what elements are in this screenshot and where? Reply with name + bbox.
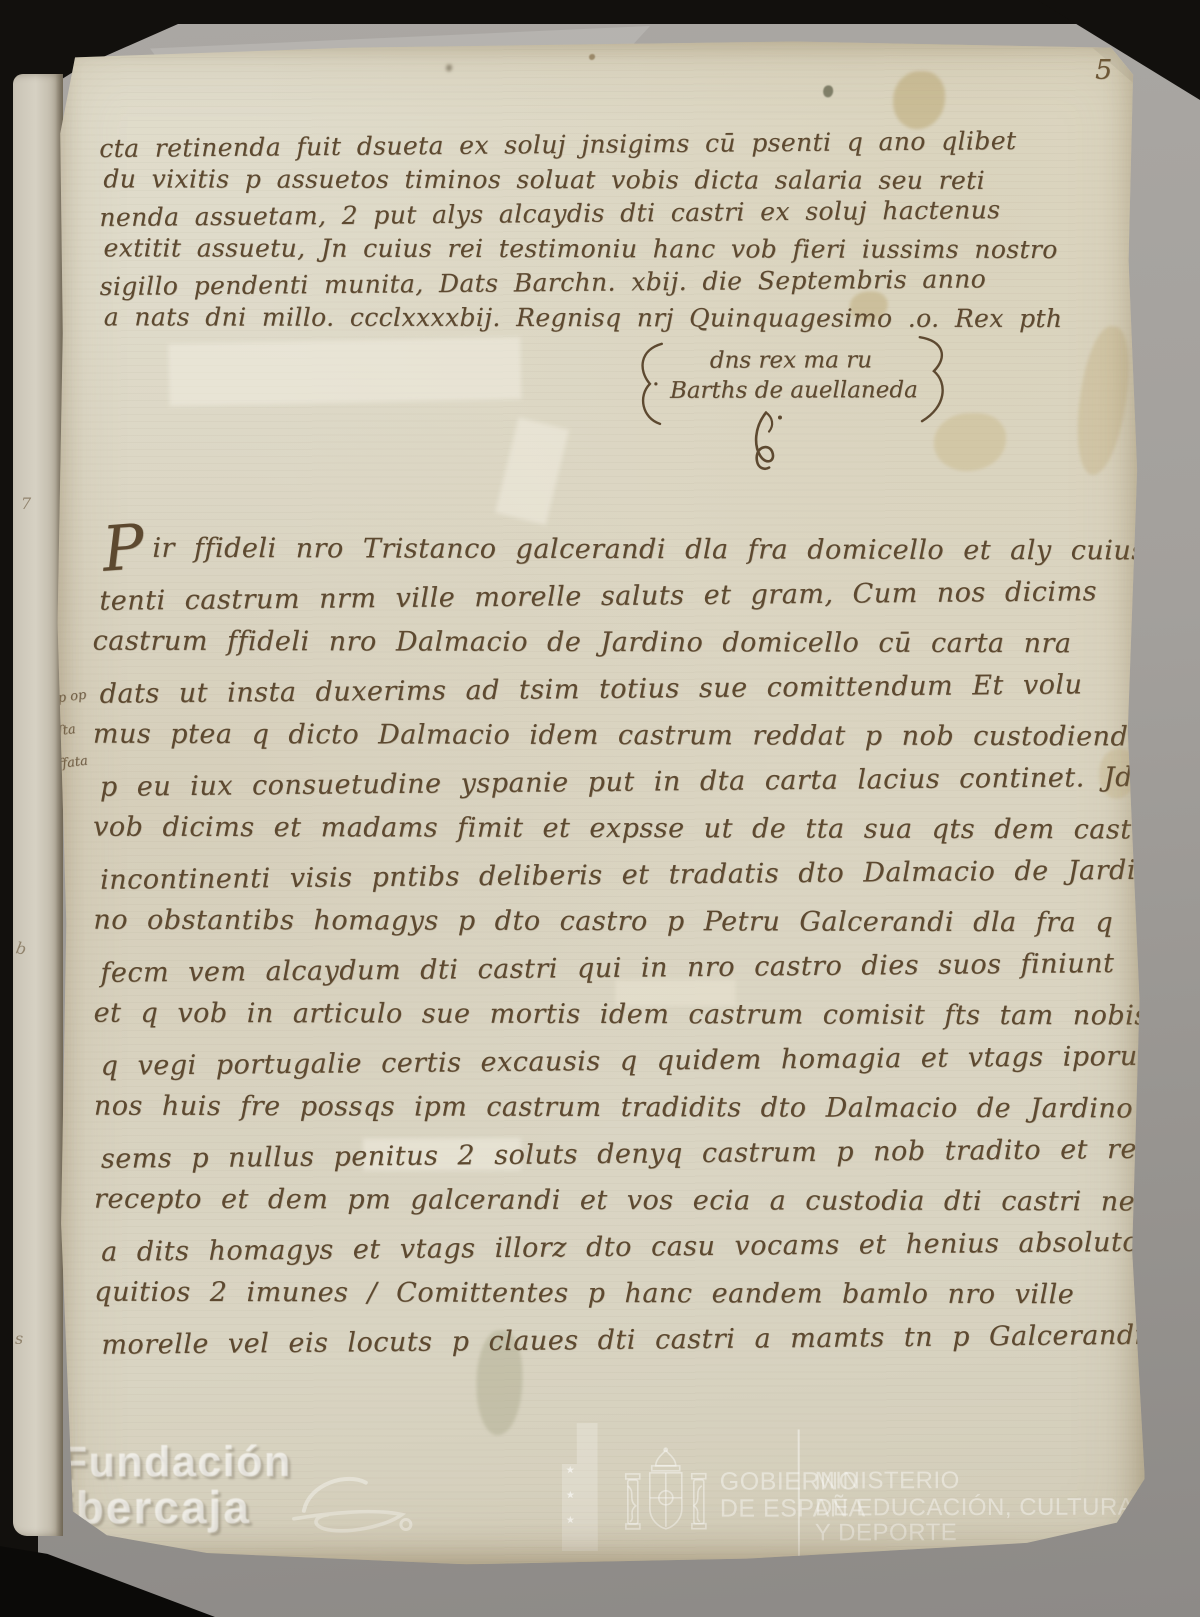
notarial-paraph-icon: [742, 410, 786, 474]
manuscript-line: dats ut insta duxerims ad tsim totius su…: [100, 669, 1103, 725]
edge-ink-mark: s: [15, 1329, 23, 1348]
manuscript-line: ir ffideli nro Tristanco galcerandi dla …: [92, 533, 1102, 582]
manuscript-line: sigillo pendenti munita, Dats Barchn. xb…: [100, 264, 1000, 306]
spanish-coat-of-arms-icon: [622, 1446, 710, 1544]
stain: [823, 85, 833, 97]
manuscript-line: a dits homagys et vtags illorz dto casu …: [101, 1227, 1104, 1283]
manuscript-line: nenda assuetam, 2 put alys alcaydis dti …: [99, 195, 999, 237]
margin-notes: p opſtaffata: [59, 687, 119, 786]
paragraph-1: cta retinenda fuit dsueta ex soluj jnsig…: [99, 129, 1000, 338]
ibercaja-emblem-icon: [290, 1466, 420, 1542]
edge-ink-mark: 7: [21, 494, 31, 513]
stain: [589, 54, 595, 60]
manuscript-line: p eu iux consuetudine yspanie put in dta…: [100, 762, 1103, 818]
signature-name: Barths de auellaneda: [670, 377, 918, 404]
manuscript-line: recepto et dem pm galcerandi et vos ecia…: [94, 1184, 1104, 1233]
manuscript-line: mus ptea q dicto Dalmacio idem castrum r…: [93, 719, 1103, 768]
edge-ink-mark: b: [14, 938, 27, 958]
watermark-ministerio-line2: DE EDUCACIÓN, CULTURA: [815, 1494, 1134, 1523]
manuscript-line: cta retinenda fuit dsueta ex soluj jnsig…: [99, 126, 999, 168]
previous-page-edge: 7bs: [13, 74, 63, 1536]
manuscript-line: sems p nullus penitus 2 soluts denyq cas…: [101, 1134, 1104, 1190]
manuscript-line: quitios 2 imunes / Comittentes p hanc ea…: [94, 1277, 1104, 1326]
manuscript-line: tenti castrum nrm ville morelle saluts e…: [99, 576, 1102, 632]
manuscript-page: 5 cta retinenda fuit dsueta ex soluj jns…: [53, 41, 1145, 1566]
manuscript-line: incontinenti visis pntibs deliberis et t…: [100, 855, 1103, 911]
manuscript-line: q vegi portugalie certis excausis q quid…: [100, 1041, 1103, 1097]
folio-number: 5: [1095, 55, 1112, 86]
signature-authority: dns rex ma ru: [710, 347, 872, 373]
signature-block: dns rex ma ru Barths de auellaneda: [642, 343, 938, 426]
manuscript-line: et q vob in articulo sue mortis idem cas…: [94, 998, 1104, 1047]
manuscript-line: extitit assuetu, Jn cuius rei testimoniu…: [104, 233, 1000, 269]
signature-right-flourish-icon: [916, 333, 950, 425]
stain: [1071, 323, 1135, 477]
flag-bar: [562, 1423, 598, 1551]
stain: [446, 64, 452, 71]
manuscript-line: a nats dni millo. ccclxxxxbij. Regnisq n…: [104, 302, 1000, 338]
watermark-ministerio-line1: MINISTERIO: [815, 1467, 960, 1495]
paragraph-2: ir ffideli nro Tristanco galcerandi dla …: [92, 533, 1104, 1373]
manuscript-line: nos huis fre possqs ipm castrum tradidit…: [94, 1091, 1104, 1140]
manuscript-line: castrum ffideli nro Dalmacio de Jardino …: [93, 626, 1103, 675]
star-icon: ★: [566, 1515, 575, 1526]
manuscript-line: morelle vel eis locuts p claues dti cast…: [101, 1320, 1104, 1376]
manuscript-line: fecm vem alcaydum dti castri qui in nro …: [100, 948, 1103, 1004]
signature-left-flourish-icon: [636, 340, 666, 430]
stain: [893, 71, 945, 129]
manuscript-line: du vixitis p assuetos timinos soluat vob…: [103, 164, 999, 200]
manuscript-line: no obstantibs homagys p dto castro p Pet…: [93, 905, 1103, 954]
star-icon: ★: [566, 1490, 575, 1501]
watermark-divider: [798, 1429, 800, 1556]
star-icon: ★: [566, 1465, 575, 1476]
repair-patch: [495, 417, 569, 525]
repair-patch: [168, 337, 521, 406]
margin-note: ffata: [57, 750, 121, 790]
manuscript-scan: 7bs 5 cta retinenda fuit dsueta ex soluj…: [0, 0, 1200, 1617]
manuscript-line: vob dicims et madams fimit et expsse ut …: [93, 812, 1103, 861]
watermark-ministerio-line3: Y DEPORTE: [815, 1519, 957, 1547]
